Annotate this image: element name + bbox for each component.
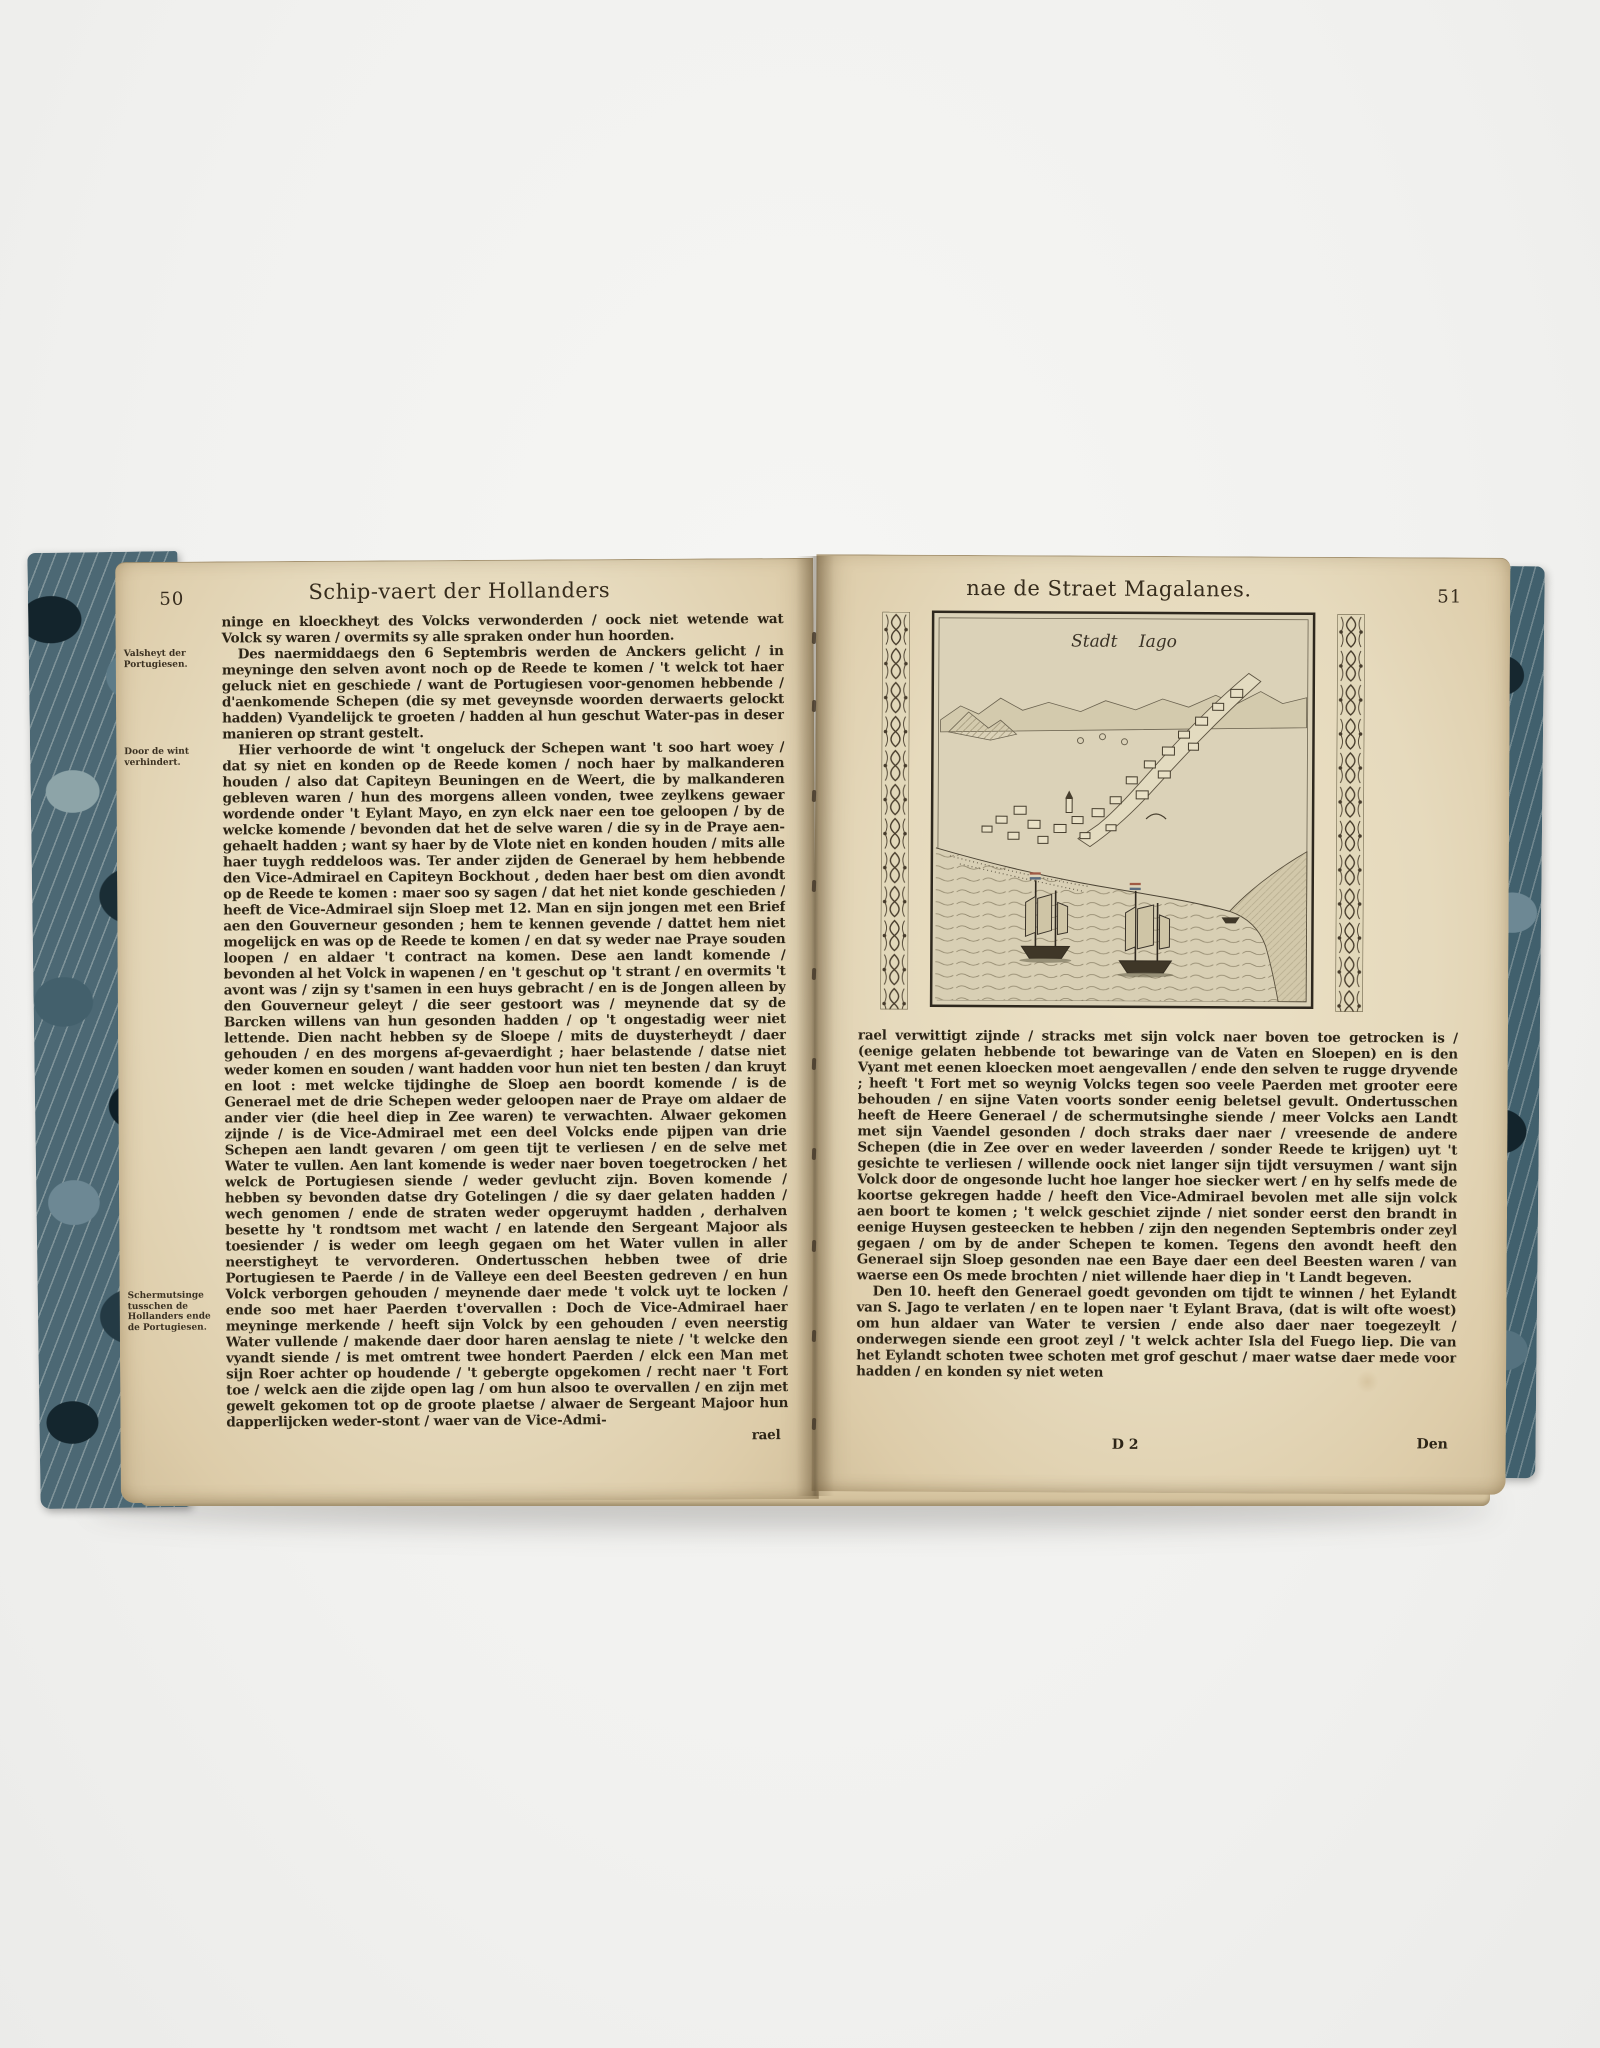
stitch-thread — [812, 632, 816, 644]
page-left: 50 Schip-vaert der Hollanders Valsheyt d… — [115, 558, 819, 1503]
stitch-thread — [812, 700, 816, 712]
page-right: nae de Straet Magalanes. 51 — [812, 554, 1511, 1495]
paragraph: Des naermiddaegs den 6 Septembris werden… — [222, 643, 785, 742]
stitch-thread — [812, 1418, 816, 1430]
body-text-left: ninge en kloeckheyt des Volcks verwonder… — [221, 611, 788, 1506]
page-number-left: 50 — [159, 589, 184, 610]
paragraph: Den 10. heeft den Generael goedt gevonde… — [856, 1283, 1456, 1382]
margin-note: Door de wint verhindert. — [124, 747, 216, 769]
stitch-thread — [812, 1148, 816, 1160]
book: 50 Schip-vaert der Hollanders Valsheyt d… — [30, 538, 1542, 1533]
stitch-thread — [812, 790, 816, 802]
page-number-right: 51 — [1437, 586, 1462, 607]
photo-background: 50 Schip-vaert der Hollanders Valsheyt d… — [0, 0, 1600, 2048]
stitch-thread — [812, 1330, 816, 1342]
dutch-flag — [1030, 872, 1041, 879]
running-title-left: Schip-vaert der Hollanders — [219, 578, 699, 605]
stitch-thread — [812, 880, 816, 892]
margin-note: Schermutsinge tusschen de Hollanders end… — [128, 1291, 220, 1334]
stitch-thread — [812, 968, 816, 980]
margin-note: Valsheyt der Portugiesen. — [124, 649, 216, 671]
body-text-right: rael verwittigt zijnde / stracks met sij… — [856, 1027, 1458, 1434]
signature-mark: D 2 — [1112, 1437, 1139, 1453]
catchword-right: Den — [1417, 1436, 1448, 1452]
ornament-border-right — [1335, 614, 1365, 1012]
paragraph: Hier verhoorde de wint 't ongeluck der S… — [222, 739, 788, 1430]
ornament-border-left — [880, 612, 910, 1010]
dutch-flag — [1130, 883, 1141, 890]
paragraph: rael verwittigt zijnde / stracks met sij… — [857, 1027, 1458, 1286]
paragraph: ninge en kloeckheyt des Volcks verwonder… — [221, 611, 783, 646]
town-view-engraving: Stadt Iago — [929, 610, 1316, 1010]
engraving-figure: Stadt Iago — [874, 610, 1376, 1015]
running-title-right: nae de Straet Magalanes. — [966, 576, 1366, 602]
engraving-caption: Stadt Iago — [1071, 632, 1177, 653]
stitch-thread — [812, 1240, 816, 1252]
stitch-thread — [812, 1058, 816, 1070]
